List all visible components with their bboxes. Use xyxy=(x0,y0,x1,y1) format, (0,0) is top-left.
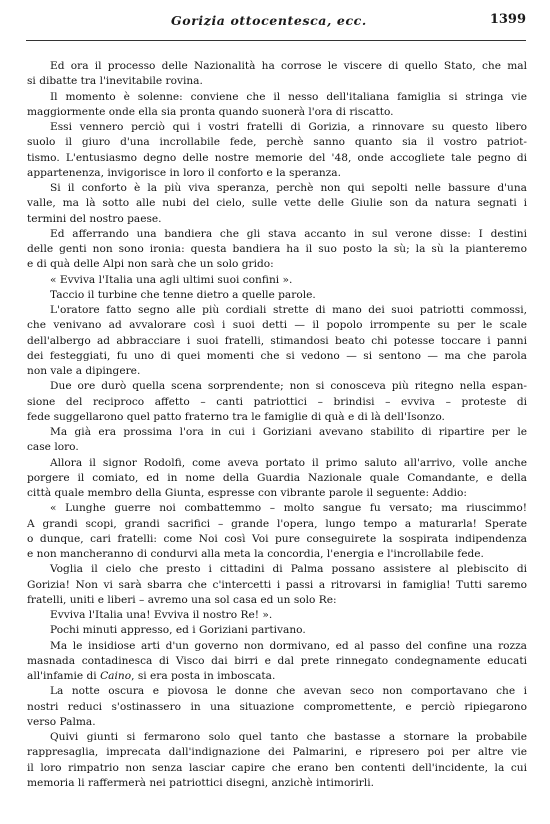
text-line: Si il conforto è la più viva speranza, p… xyxy=(27,181,527,196)
text-line: non vale a dipingere. xyxy=(27,364,527,379)
text-line: Voglia il cielo che presto i cittadini d… xyxy=(27,562,527,577)
paragraph: Ma le insidiose arti d'un governo non do… xyxy=(27,639,527,685)
text-line: La notte oscura e piovosa le donne che a… xyxy=(27,684,527,699)
page-number: 1399 xyxy=(490,12,526,27)
text-line: delle genti non sono ironia: questa band… xyxy=(27,242,527,257)
paragraph: Allora il signor Rodolfi, come aveva por… xyxy=(27,456,527,502)
text-line: Ma già era prossima l'ora in cui i Goriz… xyxy=(27,425,527,440)
paragraph: L'oratore fatto segno alle più cordiali … xyxy=(27,303,527,379)
text-line: il loro rimpatrio non senza lasciar capi… xyxy=(27,761,527,776)
running-head: Gorizia ottocentesca, ecc. 1399 xyxy=(26,9,526,31)
text-line: suolo il giuro d'una incrollabile fede, … xyxy=(27,135,527,150)
text-line: Allora il signor Rodolfi, come aveva por… xyxy=(27,456,527,471)
paragraph: Si il conforto è la più viva speranza, p… xyxy=(27,181,527,227)
paragraph: Taccio il turbine che tenne dietro a que… xyxy=(27,288,527,303)
text-line: valle, ma là sotto alle nubi del cielo, … xyxy=(27,196,527,211)
paragraph: Pochi minuti appresso, ed i Goriziani pa… xyxy=(27,623,527,638)
text-line: città quale membro della Giunta, espress… xyxy=(27,486,527,501)
text-line: nostri reduci s'ostinassero in una situa… xyxy=(27,700,527,715)
paragraph: Evviva l'Italia una! Evviva il nostro Re… xyxy=(27,608,527,623)
text-line: rappresaglia, imprecata dall'indignazion… xyxy=(27,745,527,760)
text-line: Due ore durò quella scena sorprendente; … xyxy=(27,379,527,394)
text-line: o dunque, cari fratelli: come Noi così V… xyxy=(27,532,527,547)
text-line: porgere il comiato, ed in nome della Gua… xyxy=(27,471,527,486)
text-line: case loro. xyxy=(27,440,527,455)
text-line: Evviva l'Italia una! Evviva il nostro Re… xyxy=(27,608,527,623)
paragraph: Il momento è solenne: conviene che il ne… xyxy=(27,90,527,121)
body-text: Ed ora il processo delle Nazionalità ha … xyxy=(27,59,527,791)
text-line: Pochi minuti appresso, ed i Goriziani pa… xyxy=(27,623,527,638)
paragraph: Essi vennero perciò qui i vostri fratell… xyxy=(27,120,527,181)
text-line: all'infamie di Caino, si era posta in im… xyxy=(27,669,527,684)
text-line: Ed afferrando una bandiera che gli stava… xyxy=(27,227,527,242)
italic-name: Caino xyxy=(100,670,131,682)
text-line: si dibatte tra l'inevitabile rovina. xyxy=(27,74,527,89)
paragraph: Ed ora il processo delle Nazionalità ha … xyxy=(27,59,527,90)
text-line: sione del reciproco affetto – canti patr… xyxy=(27,395,527,410)
paragraph: « Lunghe guerre noi combattemmo – molto … xyxy=(27,501,527,562)
text-line: appartenenza, invigorisce in loro il con… xyxy=(27,166,527,181)
text-line: « Evviva l'Italia una agli ultimi suoi c… xyxy=(27,273,527,288)
text-line: e di quà delle Alpi non sarà che un solo… xyxy=(27,257,527,272)
text-line: termini del nostro paese. xyxy=(27,212,527,227)
text-line: Taccio il turbine che tenne dietro a que… xyxy=(27,288,527,303)
text-line: A grandi scopi, grandi sacrifici – grand… xyxy=(27,517,527,532)
text-line: Gorizia! Non vi sarà sbarra che c'interc… xyxy=(27,578,527,593)
paragraph: Ma già era prossima l'ora in cui i Goriz… xyxy=(27,425,527,456)
running-head-title: Gorizia ottocentesca, ecc. xyxy=(171,13,367,28)
text-line: dei festeggiati, fu uno di quei momenti … xyxy=(27,349,527,364)
text-line: memoria li raffermerà nei patriottici di… xyxy=(27,776,527,791)
text-line: Il momento è solenne: conviene che il ne… xyxy=(27,90,527,105)
text-line: che venivano ad avvalorare così i suoi d… xyxy=(27,318,527,333)
header-rule xyxy=(26,40,526,41)
text-line: L'oratore fatto segno alle più cordiali … xyxy=(27,303,527,318)
text-line: Ed ora il processo delle Nazionalità ha … xyxy=(27,59,527,74)
text-line: Quivi giunti si fermarono solo quel tant… xyxy=(27,730,527,745)
text-line: fratelli, uniti e liberi – avremo una so… xyxy=(27,593,527,608)
paragraph: La notte oscura e piovosa le donne che a… xyxy=(27,684,527,730)
text-line: Essi vennero perciò qui i vostri fratell… xyxy=(27,120,527,135)
text-line: dell'albergo ad abbracciare i suoi frate… xyxy=(27,334,527,349)
paragraph: Quivi giunti si fermarono solo quel tant… xyxy=(27,730,527,791)
paragraph: Ed afferrando una bandiera che gli stava… xyxy=(27,227,527,273)
paragraph: Voglia il cielo che presto i cittadini d… xyxy=(27,562,527,608)
text-line: e non mancheranno di condurvi alla meta … xyxy=(27,547,527,562)
text-line: Ma le insidiose arti d'un governo non do… xyxy=(27,639,527,654)
book-page: Gorizia ottocentesca, ecc. 1399 Ed ora i… xyxy=(0,0,550,824)
paragraph: « Evviva l'Italia una agli ultimi suoi c… xyxy=(27,273,527,288)
text-line: verso Palma. xyxy=(27,715,527,730)
text-line: masnada contadinesca di Visco dai birri … xyxy=(27,654,527,669)
text-line: fede suggellarono quel patto fraterno tr… xyxy=(27,410,527,425)
text-line: maggiormente onde ella sia pronta quando… xyxy=(27,105,527,120)
text-line: « Lunghe guerre noi combattemmo – molto … xyxy=(27,501,527,516)
text-line: tismo. L'entusiasmo degno delle nostre m… xyxy=(27,151,527,166)
paragraph: Due ore durò quella scena sorprendente; … xyxy=(27,379,527,425)
